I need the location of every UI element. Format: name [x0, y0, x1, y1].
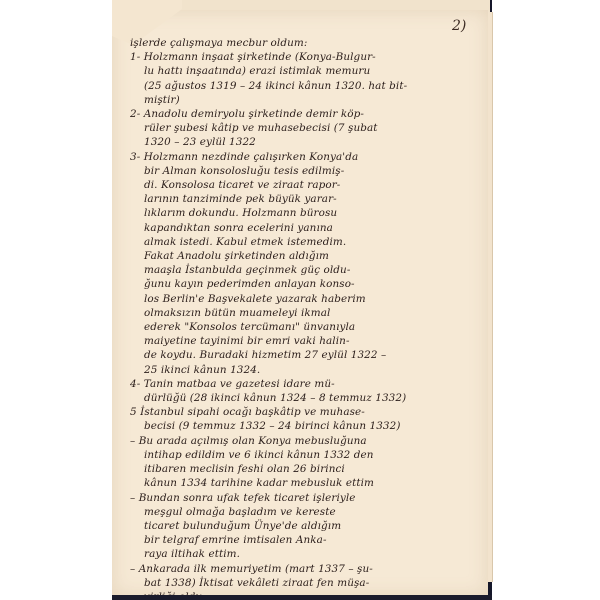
text-line: lu hattı inşaatında) erazi istimlak memu…: [130, 64, 480, 78]
text-line: bir telgraf emrine imtisalen Anka-: [130, 533, 480, 547]
text-line: larının tanziminde pek büyük yarar-: [130, 192, 480, 206]
text-line: kânun 1334 tarihine kadar mebusluk ettim: [130, 476, 480, 490]
text-line: – Bundan sonra ufak tefek ticaret işleri…: [130, 491, 480, 505]
text-line: ğunu kayın pederimden anlayan konso-: [130, 277, 480, 291]
text-line: – Bu arada açılmış olan Konya mebusluğun…: [130, 434, 480, 448]
text-line: 1320 – 23 eylül 1322: [130, 135, 480, 149]
text-line: bat 1338) İktisat vekâleti ziraat fen mü…: [130, 576, 480, 590]
text-line: meşgul olmağa başladım ve kereste: [130, 505, 480, 519]
text-line: lıklarım dokundu. Holzmann bürosu: [130, 206, 480, 220]
text-line: ticaret bulunduğum Ünye'de aldığım: [130, 519, 480, 533]
text-line: rüler şubesi kâtip ve muhasebecisi (7 şu…: [130, 121, 480, 135]
text-line: miştir): [130, 93, 480, 107]
text-line: Fakat Anadolu şirketinden aldığım: [130, 249, 480, 263]
text-line: becisi (9 temmuz 1332 – 24 birinci kânun…: [130, 419, 480, 433]
text-line: 2- Anadolu demiryolu şirketinde demir kö…: [130, 107, 480, 121]
text-line: di. Konsolosa ticaret ve ziraat rapor-: [130, 178, 480, 192]
text-line: maiyetine tayinimi bir emri vaki halin-: [130, 334, 480, 348]
text-line: dürlüğü (28 ikinci kânun 1324 – 8 temmuz…: [130, 391, 480, 405]
text-line: kapandıktan sonra ecelerini yanına: [130, 221, 480, 235]
text-line: – Ankarada ilk memuriyetim (mart 1337 – …: [130, 562, 480, 576]
bottom-backdrop-edge: [112, 595, 492, 600]
text-line: 3- Holzmann nezdinde çalışırken Konya'da: [130, 150, 480, 164]
text-line: de koydu. Buradaki hizmetim 27 eylül 132…: [130, 348, 480, 362]
page-number: 2): [452, 18, 466, 34]
text-line: 1- Holzmann inşaat şirketinde (Konya-Bul…: [130, 50, 480, 64]
text-line: intihap edildim ve 6 ikinci kânun 1332 d…: [130, 448, 480, 462]
text-line: olmaksızın bütün muameleyi ikmal: [130, 306, 480, 320]
text-line: bir Alman konsolosluğu tesis edilmiş-: [130, 164, 480, 178]
text-line: los Berlin'e Başvekalete yazarak haberim: [130, 292, 480, 306]
text-line: itibaren meclisin feshi olan 26 birinci: [130, 462, 480, 476]
text-line: 4- Tanin matbaa ve gazetesi idare mü-: [130, 377, 480, 391]
text-line: maaşla İstanbulda geçinmek güç oldu-: [130, 263, 480, 277]
handwritten-text: işlerde çalışmaya mecbur oldum: 1- Holzm…: [130, 36, 480, 600]
text-line: almak istedi. Kabul etmek istemedim.: [130, 235, 480, 249]
text-line: raya iltihak ettim.: [130, 547, 480, 561]
text-line: 25 ikinci kânun 1324.: [130, 363, 480, 377]
text-line: işlerde çalışmaya mecbur oldum:: [130, 36, 480, 50]
text-line: ederek "Konsolos tercümanı" ünvanıyla: [130, 320, 480, 334]
text-line: 5 İstanbul sipahi ocağı başkâtip ve muha…: [130, 405, 480, 419]
text-line: (25 ağustos 1319 – 24 ikinci kânun 1320.…: [130, 79, 480, 93]
